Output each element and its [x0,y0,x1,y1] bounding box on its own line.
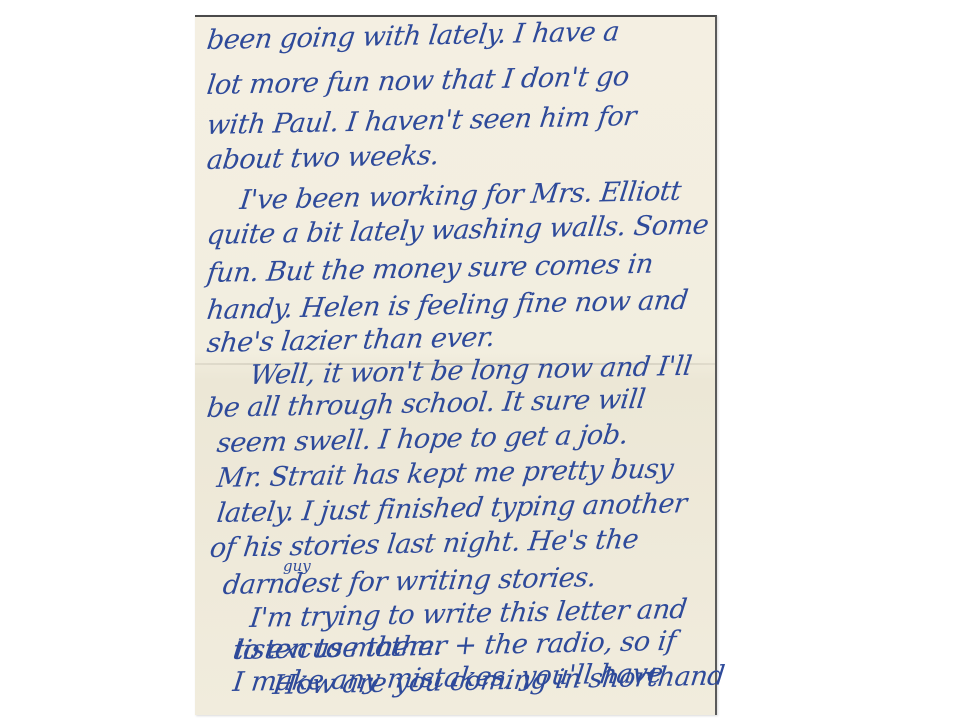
letter-line-20: to excuse them. [231,633,444,664]
letter-line-15: of his stories last night. He's the [208,526,639,562]
letter-line-4: about two weeks. [205,142,440,174]
letter-line-14: lately. I just finished typing another [215,490,688,527]
letter-line-3: with Paul. I haven't seen him for [205,103,637,139]
letter-line-8: handy. Helen is feeling fine now and [205,287,689,324]
letter-line-1: been going with lately. I have a [205,18,620,54]
letter-line-11: be all through school. It sure will [205,386,646,422]
letter-page: been going with lately. I have a lot mor… [195,15,717,715]
letter-line-12: seem swell. I hope to get a job. [215,421,629,457]
letter-line-2: lot more fun now that I don't go [205,63,630,99]
letter-line-16: darndest for writing stories. [221,564,597,599]
letter-line-9: she's lazier than ever. [205,324,496,357]
canvas: been going with lately. I have a lot mor… [0,0,960,720]
letter-line-6: quite a bit lately washing walls. Some [205,212,710,249]
letter-line-5: I've been working for Mrs. Elliott [238,178,682,214]
letter-line-13: Mr. Strait has kept me pretty busy [215,455,674,492]
letter-line-7: fun. But the money sure comes in [205,251,654,287]
